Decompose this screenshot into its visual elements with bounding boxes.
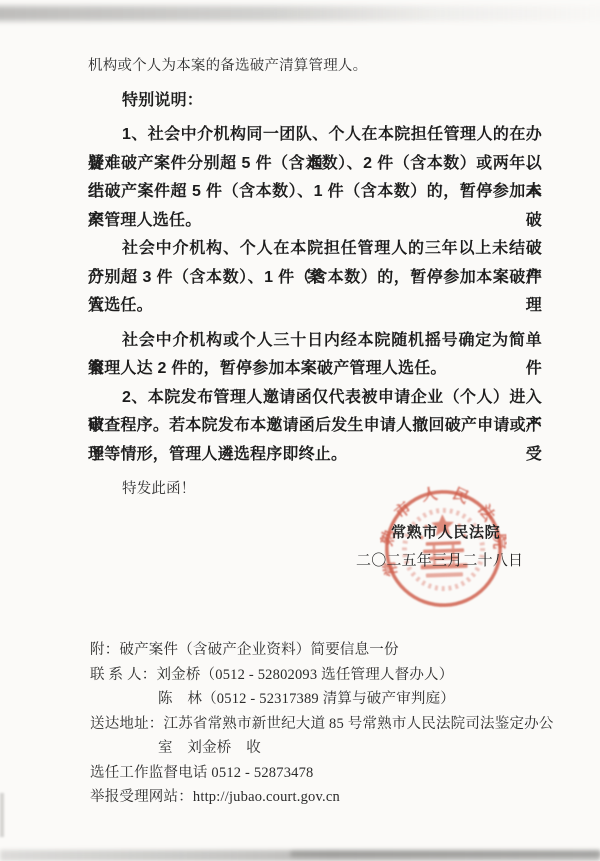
footer-line: 陈 林（0512 - 52317389 清算与破产审判庭） [158,687,562,712]
issue-date: 二〇二五年三月二十八日 [356,549,556,570]
body-line: 审查程序。若本院发布本邀请函后发生申请人撤回破产申请或不予受 [88,412,542,441]
body-line: 社会中介机构或个人三十日内经本院随机摇号确定为简单案件 [88,327,542,356]
body-line: 机构或个人为本案的备选破产清算管理人。 [88,52,542,81]
footer-line: 送达地址：江苏省常熟市新世纪大道 85 号常熟市人民法院司法鉴定办公 [90,712,562,737]
footer-line: 室 刘金桥 收 [158,736,562,761]
scan-shadow-top [0,6,600,21]
body-line: 2、本院发布管理人邀请函仅代表被申请企业（个人）进入破产 [88,384,542,413]
footer-line: 举报受理网站：http://jubao.court.gov.cn [90,785,562,810]
body-line: 社会中介机构、个人在本院担任管理人的三年以上未结破产案件 [88,235,542,264]
body-line: 特别说明： [88,87,542,116]
attachment-contact-block: 附：破产案件（含破产企业资料）简要信息一份联 系 人：刘金桥（0512 - 52… [90,638,562,810]
document-body: 机构或个人为本案的备选破产清算管理人。特别说明：1、社会中介机构同一团队、个人在… [88,52,542,504]
body-line: 结破产案件超 5 件（含本数）、1 件（含本数）的，暂停参加本案破 [88,178,542,207]
issuing-court-name: 常熟市人民法院 [391,521,551,542]
footer-line: 附：破产案件（含破产企业资料）简要信息一份 [90,638,562,663]
body-line: 分别超 3 件（含本数）、1 件（含本数）的，暂停参加本案破产管理 [88,264,542,293]
scanned-court-notice-page: 机构或个人为本案的备选破产清算管理人。特别说明：1、社会中介机构同一团队、个人在… [0,0,600,861]
footer-line: 联 系 人：刘金桥（0512 - 52802093 选任管理人督办人） [90,663,562,688]
body-line: 1、社会中介机构同一团队、个人在本院担任管理人的在办普通、 [88,121,542,150]
scan-shadow-bottom-streak [290,851,600,857]
scan-shadow-left [0,793,4,837]
footer-line: 选任工作监督电话 0512 - 52873478 [90,761,562,786]
body-line: 疑难破产案件分别超 5 件（含本数）、2 件（含本数）或两年以上未 [88,150,542,179]
